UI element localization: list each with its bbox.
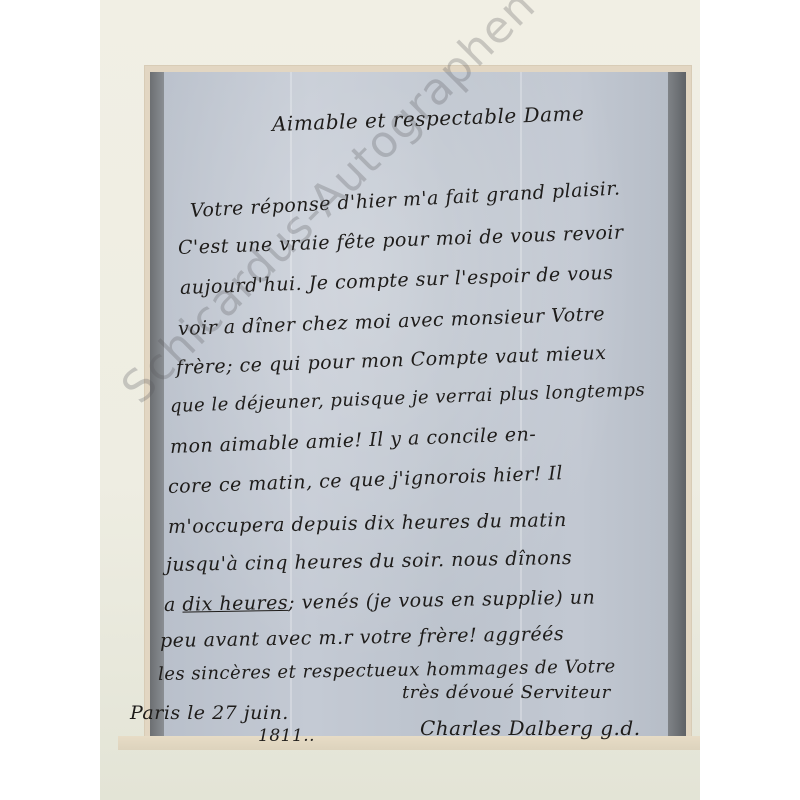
closing: très dévoué Serviteur	[402, 682, 611, 703]
underlined-phrase: dix heures	[182, 592, 288, 616]
frame-shadow-right	[668, 72, 686, 736]
place-date: Paris le 27 juin.	[130, 702, 289, 724]
date-year: 1811..	[258, 726, 315, 746]
letter-text: a	[164, 594, 183, 616]
signature: Charles Dalberg g.d.	[420, 716, 641, 740]
